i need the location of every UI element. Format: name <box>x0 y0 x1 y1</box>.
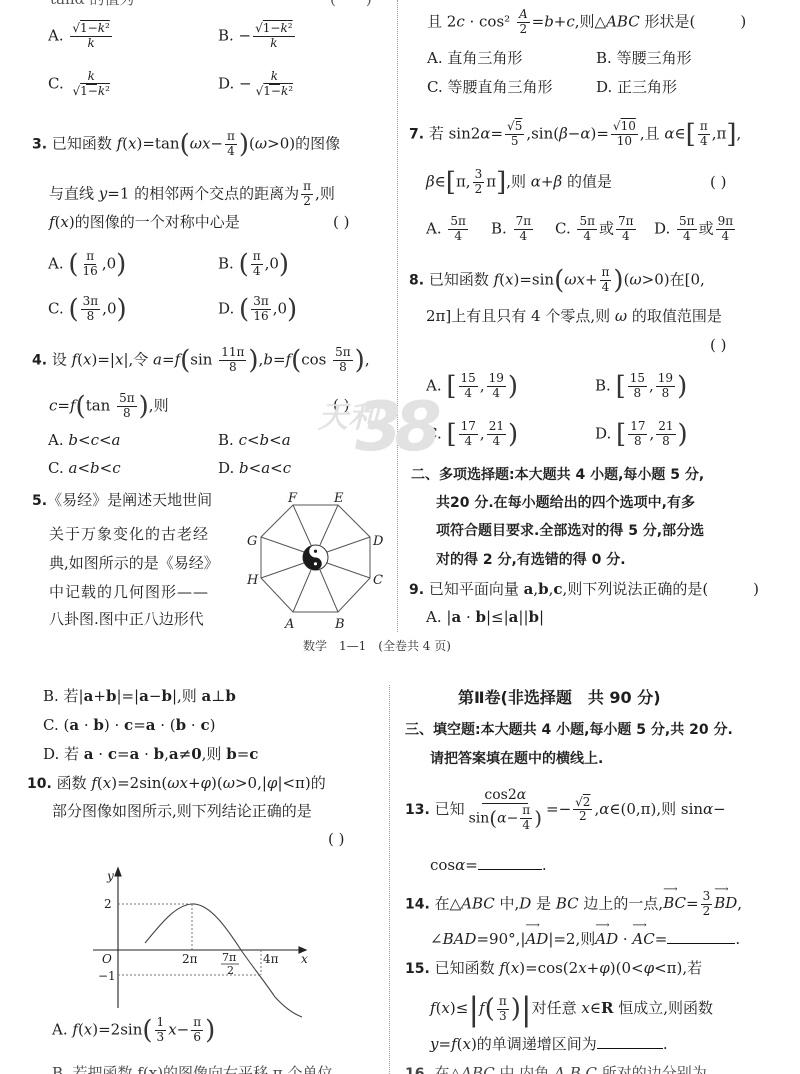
q5-stem-line1: 5.《易经》是阐述天地世间 <box>32 493 212 508</box>
q4-answer-paren[interactable]: ( ) <box>333 398 349 413</box>
q5-stem-line5: 八卦图.图中正八边形代 <box>49 612 204 627</box>
column-divider-bottom <box>389 685 390 1074</box>
q8-option-b[interactable]: B. [158,198) <box>595 372 687 401</box>
column-divider-top <box>397 0 398 632</box>
q15-answer-blank[interactable] <box>597 1048 663 1049</box>
watermark-logo-number: 38 <box>355 388 434 467</box>
q7-stem-line2: β∈[π,32π],则 α+β 的值是 <box>426 168 612 197</box>
q16-cut-line: 16. 在△ABC 中,内角 A,B,C 所对的边分别为 <box>405 1066 707 1074</box>
svg-text:B: B <box>334 617 345 632</box>
q9-option-c[interactable]: C. (a · b) · c=a · (b · c) <box>43 718 215 733</box>
section3-heading-line2: 请把答案填在题中的横线上. <box>430 752 603 766</box>
q3-option-d[interactable]: D. (3π16,0) <box>218 295 297 324</box>
q3-option-a[interactable]: A. (π16,0) <box>48 250 126 279</box>
q10-option-a[interactable]: A. f(x)=2sin(13x−π6) <box>52 1016 215 1045</box>
section2-heading-line3: 项符合题目要求.全部选对的得 5 分,部分选 <box>436 524 704 538</box>
q9-option-d[interactable]: D. 若 a · c=a · b,a≠0,则 b=c <box>43 747 258 762</box>
svg-text:D: D <box>372 534 384 549</box>
q3-stem-line3: f(x)的图像的一个对称中心是 <box>49 215 240 230</box>
q15-stem-line1: 15. 已知函数 f(x)=cos(2x+φ)(0<φ<π),若 <box>405 961 702 976</box>
bagua-octagon-figure: F E D C B A H G <box>240 488 400 633</box>
q15-stem-line2: f(x)≤|f(π3)|对任意 x∈R 恒成立,则函数 <box>430 993 713 1025</box>
q10-answer-paren[interactable]: ( ) <box>328 832 344 847</box>
q2-option-a[interactable]: A. √1−k²k <box>48 22 114 51</box>
svg-text:x: x <box>301 952 308 966</box>
svg-text:7π: 7π <box>222 951 236 964</box>
q2-option-d[interactable]: D. −k√1−k² <box>218 70 297 99</box>
q4-stem-line2: c=f(tan 5π8),则 <box>49 392 169 421</box>
q10-stem-line2: 部分图像如图所示,则下列结论正确的是 <box>52 804 312 819</box>
svg-text:2π: 2π <box>182 952 198 966</box>
q9-stem: 9. 已知平面向量 a,b,c,则下列说法正确的是( ) <box>409 582 759 597</box>
q8-option-a[interactable]: A. [154,194) <box>426 372 518 401</box>
q10-sine-graph: y 2 O −1 2π 7π 2 4π x <box>88 860 328 1025</box>
q10-stem-line1: 10. 函数 f(x)=2sin(ωx+φ)(ω>0,|φ|<π)的 <box>27 776 326 791</box>
q4-option-a[interactable]: A. b<c<a <box>48 433 121 448</box>
svg-text:4π: 4π <box>263 952 279 966</box>
q7-option-a[interactable]: A. 5π4 <box>426 215 470 244</box>
q8-answer-paren[interactable]: ( ) <box>710 338 726 353</box>
q2-option-b[interactable]: B. −√1−k²k <box>218 22 297 51</box>
cut-line-left: tanα 的值为 <box>50 0 135 7</box>
svg-text:E: E <box>333 491 344 506</box>
q4-option-c[interactable]: C. a<b<c <box>48 461 121 476</box>
q3-option-c[interactable]: C. (3π8,0) <box>48 295 127 324</box>
svg-text:2: 2 <box>227 964 234 977</box>
q13-answer-blank[interactable] <box>478 869 542 870</box>
q7-option-c[interactable]: C. 5π4或7π4 <box>555 215 638 244</box>
q9-option-b[interactable]: B. 若|a+b|=|a−b|,则 a⊥b <box>43 689 236 704</box>
q5-stem-line2: 关于万象变化的古老经 <box>49 527 209 542</box>
q6-option-b[interactable]: B. 等腰三角形 <box>596 51 692 66</box>
q8-option-c[interactable]: C. [174,214) <box>426 420 518 449</box>
q14-answer-blank[interactable] <box>667 943 735 944</box>
q15-stem-line3: y=f(x)的单调递增区间为. <box>430 1037 668 1052</box>
q3-option-b[interactable]: B. (π4,0) <box>218 250 289 279</box>
q4-option-d[interactable]: D. b<a<c <box>218 461 291 476</box>
q3-answer-paren[interactable]: ( ) <box>333 215 349 230</box>
page-footer: 数学 1—1 (全卷共 4 页) <box>303 640 451 652</box>
q7-option-b[interactable]: B. 7π4 <box>491 215 535 244</box>
q2-option-c[interactable]: C. k√1−k² <box>48 70 114 99</box>
q6-option-d[interactable]: D. 正三角形 <box>596 80 677 95</box>
section2-heading-line1: 二、多项选择题:本大题共 4 小题,每小题 5 分, <box>411 468 704 482</box>
q9-option-a[interactable]: A. |a · b|≤|a||b| <box>426 610 544 625</box>
q14-stem-line1: 14. 在△ABC 中,D 是 BC 边上的一点,BC⟶=32BD⟶, <box>405 890 742 919</box>
q10-option-b-cut[interactable]: B. 若把函数 f(x)的图像向右平移 π 个单位 <box>52 1066 332 1074</box>
q8-option-d[interactable]: D. [178,218) <box>595 420 688 449</box>
q5-stem-line3: 典,如图所示的是《易经》 <box>49 556 219 571</box>
q3-stem-line1: 3. 已知函数 f(x)=tan(ωx−π4)(ω>0)的图像 <box>32 130 340 159</box>
section2-heading-line2: 共20 分.在每小题给出的四个选项中,有多 <box>436 496 695 510</box>
q4-stem-line1: 4. 设 f(x)=|x|,令 a=f(sin 11π8),b=f(cos 5π… <box>32 346 370 375</box>
q3-stem-line2: 与直线 y=1 的相邻两个交点的距离为π2,则 <box>49 180 335 209</box>
q7-answer-paren[interactable]: ( ) <box>710 175 726 190</box>
q7-stem-line1: 7. 若 sin2α=√55,sin(β−α)=√1010,且 α∈[π4,π]… <box>409 120 741 149</box>
q8-stem-line1: 8. 已知函数 f(x)=sin(ωx+π4)(ω>0)在[0, <box>409 266 705 295</box>
svg-text:2: 2 <box>104 897 112 911</box>
svg-text:H: H <box>246 573 259 588</box>
cut-line-left-paren: ( ) <box>330 0 372 7</box>
q6-tail-line: 且 2c · cos² A2=b+c,则△ABC 形状是( ) <box>427 8 746 37</box>
q8-stem-line2: 2π]上有且只有 4 个零点,则 ω 的取值范围是 <box>426 309 722 324</box>
svg-text:F: F <box>287 491 298 506</box>
part2-title: 第Ⅱ卷(非选择题 共 90 分) <box>458 690 661 706</box>
q13-stem-line2: cosα=. <box>430 858 547 873</box>
q5-stem-line4: 中记载的几何图形—— <box>49 585 209 600</box>
q4-option-b[interactable]: B. c<b<a <box>218 433 291 448</box>
svg-text:O: O <box>102 952 112 966</box>
svg-text:C: C <box>373 573 383 588</box>
q6-option-c[interactable]: C. 等腰直角三角形 <box>427 80 553 95</box>
svg-text:A: A <box>284 617 294 632</box>
section3-heading-line1: 三、填空题:本大题共 4 小题,每小题 5 分,共 20 分. <box>405 723 733 737</box>
q14-stem-line2: ∠BAD=90°,|AD⟶|=2,则AD⟶ · AC⟶=. <box>430 932 740 947</box>
yin-yang-icon <box>303 545 328 570</box>
section2-heading-line4: 对的得 2 分,有选错的得 0 分. <box>436 553 626 567</box>
q13-stem-line1: 13. 已知cos2αsin(α−π4)=−√22,α∈(0,π),则 sinα… <box>405 787 726 833</box>
svg-text:G: G <box>247 534 257 549</box>
svg-text:−1: −1 <box>98 969 116 983</box>
q7-option-d[interactable]: D. 5π4或9π4 <box>654 215 737 244</box>
svg-text:y: y <box>106 869 114 883</box>
q6-option-a[interactable]: A. 直角三角形 <box>427 51 522 66</box>
